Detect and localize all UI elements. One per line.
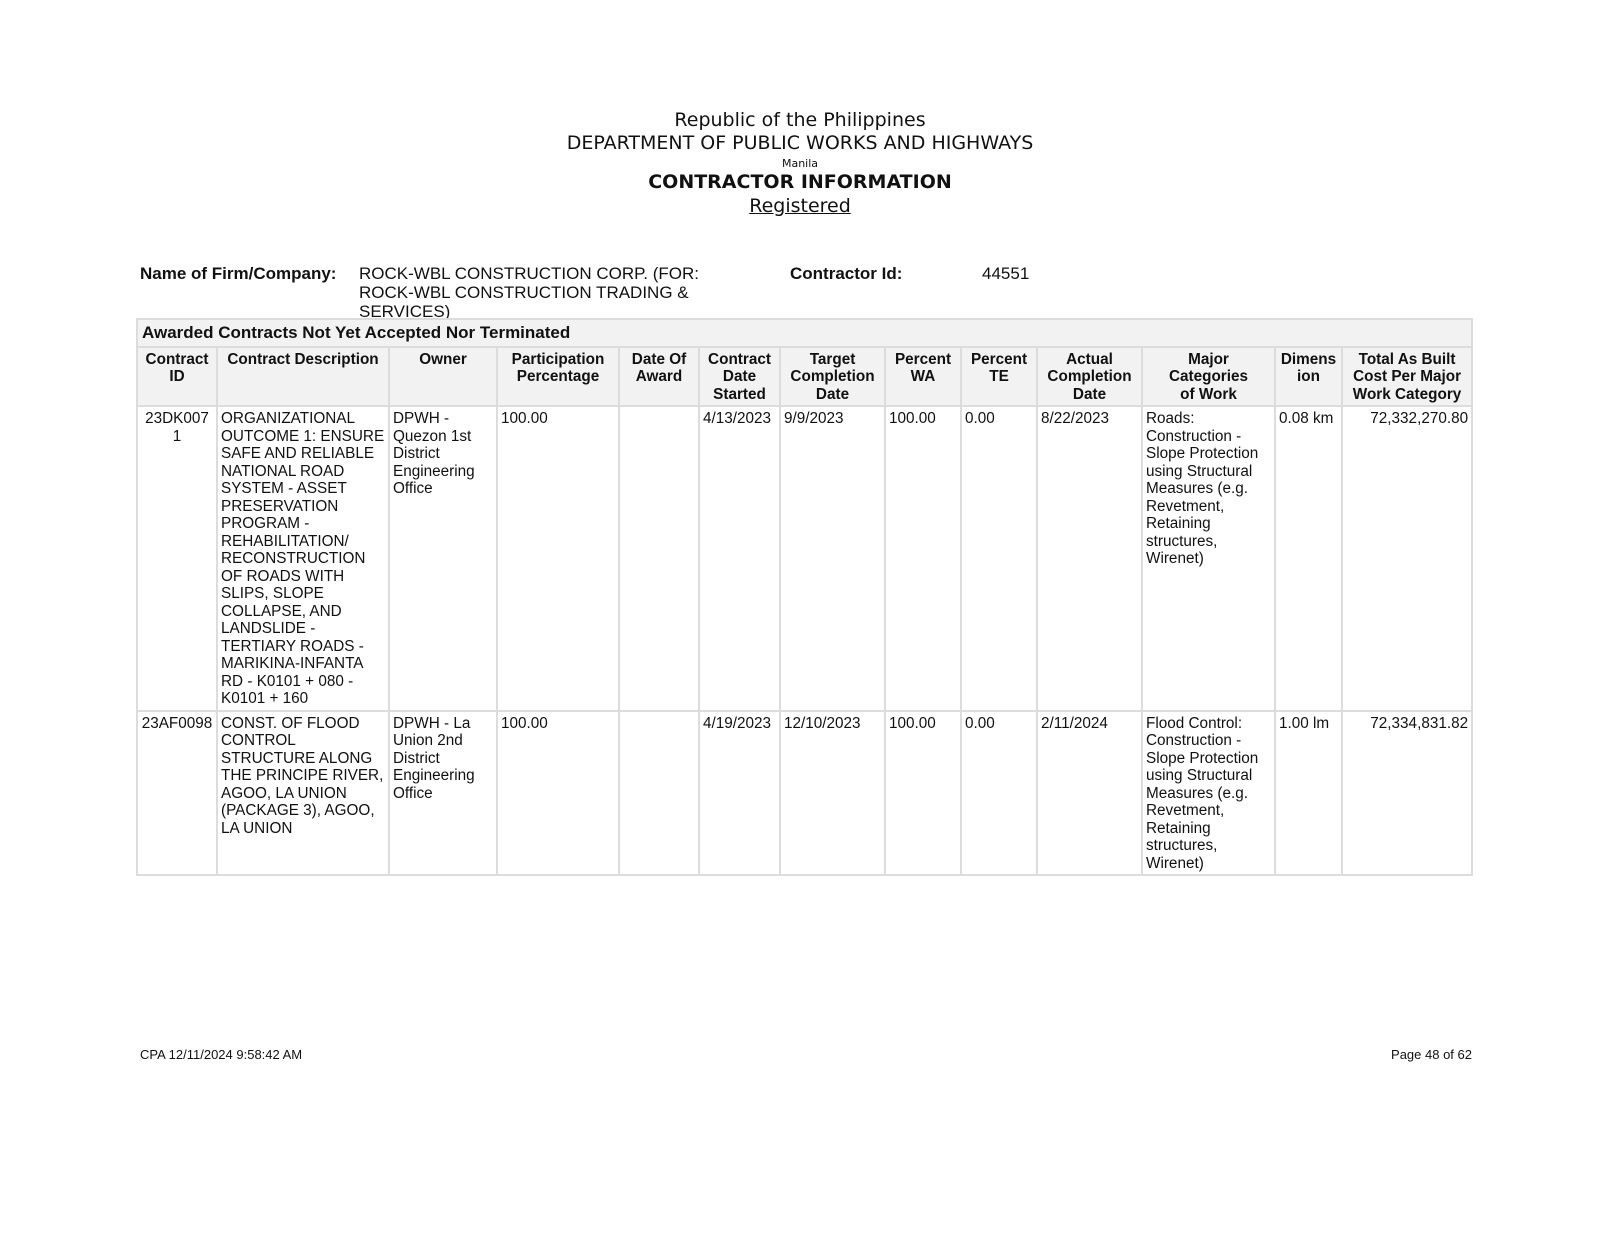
column-header-actual-completion-date: Actual Completion Date: [1037, 347, 1142, 407]
column-header-owner: Owner: [389, 347, 497, 407]
cell-contract-description: CONST. OF FLOOD CONTROL STRUCTURE ALONG …: [217, 711, 389, 876]
cell-dimension: 1.00 lm: [1275, 711, 1342, 876]
column-header-dimension: Dimens ion: [1275, 347, 1342, 407]
column-header-total-cost: Total As Built Cost Per Major Work Categ…: [1342, 347, 1472, 407]
cell-participation-percentage: 100.00: [497, 406, 619, 711]
awarded-contracts-table: Awarded Contracts Not Yet Accepted Nor T…: [136, 318, 1473, 876]
cell-dimension: 0.08 km: [1275, 406, 1342, 711]
cell-percent-wa: 100.00: [885, 711, 961, 876]
header-department: DEPARTMENT OF PUBLIC WORKS AND HIGHWAYS: [0, 132, 1600, 154]
cell-owner: DPWH - La Union 2nd District Engineering…: [389, 711, 497, 876]
column-header-row: Contract IDContract DescriptionOwnerPart…: [137, 347, 1472, 407]
cell-contract-id: 23AF0098: [137, 711, 217, 876]
column-header-percent-te: Percent TE: [961, 347, 1037, 407]
table-row: 23DK0071ORGANIZATIONAL OUTCOME 1: ENSURE…: [137, 406, 1472, 711]
cell-owner: DPWH - Quezon 1st District Engineering O…: [389, 406, 497, 711]
cell-actual-completion-date: 2/11/2024: [1037, 711, 1142, 876]
cell-target-completion-date: 9/9/2023: [780, 406, 885, 711]
cell-contract-description: ORGANIZATIONAL OUTCOME 1: ENSURE SAFE AN…: [217, 406, 389, 711]
cell-participation-percentage: 100.00: [497, 711, 619, 876]
firm-name-value: ROCK-WBL CONSTRUCTION CORP. (FOR: ROCK-W…: [359, 264, 739, 318]
section-title: Awarded Contracts Not Yet Accepted Nor T…: [137, 319, 1472, 347]
column-header-contract-id: Contract ID: [137, 347, 217, 407]
cell-target-completion-date: 12/10/2023: [780, 711, 885, 876]
registration-status: Registered: [0, 195, 1600, 217]
column-header-date-of-award: Date Of Award: [619, 347, 699, 407]
cell-actual-completion-date: 8/22/2023: [1037, 406, 1142, 711]
contractor-id-value: 44551: [982, 264, 1029, 283]
cell-total-cost: 72,334,831.82: [1342, 711, 1472, 876]
column-header-contract-description: Contract Description: [217, 347, 389, 407]
table-row: 23AF0098CONST. OF FLOOD CONTROL STRUCTUR…: [137, 711, 1472, 876]
cell-percent-te: 0.00: [961, 711, 1037, 876]
table-body: 23DK0071ORGANIZATIONAL OUTCOME 1: ENSURE…: [137, 406, 1472, 875]
cell-total-cost: 72,332,270.80: [1342, 406, 1472, 711]
cell-contract-date-started: 4/13/2023: [699, 406, 780, 711]
cell-percent-wa: 100.00: [885, 406, 961, 711]
cell-major-categories-of-work: Flood Control: Construction - Slope Prot…: [1142, 711, 1275, 876]
cell-major-categories-of-work: Roads: Construction - Slope Protection u…: [1142, 406, 1275, 711]
cell-percent-te: 0.00: [961, 406, 1037, 711]
cell-date-of-award: [619, 406, 699, 711]
cell-contract-id: 23DK0071: [137, 406, 217, 711]
page-number: Page 48 of 62: [1391, 1047, 1472, 1062]
column-header-target-completion-date: Target Completion Date: [780, 347, 885, 407]
footer-timestamp: CPA 12/11/2024 9:58:42 AM: [140, 1047, 302, 1062]
header-republic: Republic of the Philippines: [0, 109, 1600, 131]
column-header-major-categories-of-work: Major Categories of Work: [1142, 347, 1275, 407]
cell-contract-date-started: 4/19/2023: [699, 711, 780, 876]
column-header-contract-date-started: Contract Date Started: [699, 347, 780, 407]
firm-name-label: Name of Firm/Company:: [140, 264, 336, 283]
column-header-percent-wa: Percent WA: [885, 347, 961, 407]
page-title: CONTRACTOR INFORMATION: [0, 171, 1600, 193]
header-city: Manila: [0, 157, 1600, 170]
column-header-participation-percentage: Participation Percentage: [497, 347, 619, 407]
cell-date-of-award: [619, 711, 699, 876]
contractor-id-label: Contractor Id:: [790, 264, 902, 283]
